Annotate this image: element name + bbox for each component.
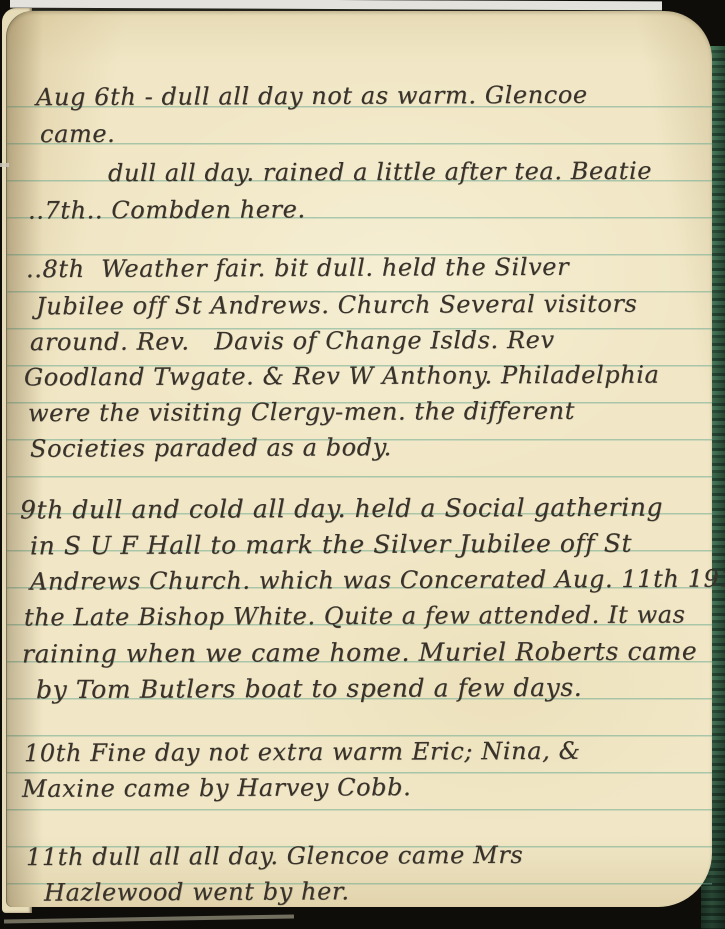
handwriting-line: around. Rev. Davis of Change Islds. Rev <box>30 326 555 357</box>
handwriting-line: ..8th Weather fair. bit dull. held the S… <box>26 253 569 284</box>
handwriting-line: in S U F Hall to mark the Silver Jubilee… <box>30 529 632 562</box>
diary-entries: Aug 6th - dull all day not as warm. Glen… <box>0 0 725 929</box>
handwriting-line: Goodland Twgate. & Rev W Anthony. Philad… <box>24 361 660 393</box>
handwriting-line: Hazlewood went by her. <box>44 877 350 907</box>
handwriting-line: Societies paraded as a body. <box>30 433 392 463</box>
handwriting-line: Jubilee off St Andrews. Church Several v… <box>36 290 638 321</box>
handwriting-line: raining when we came home. Muriel Robert… <box>22 637 697 670</box>
handwriting-line: were the visiting Clergy-men. the differ… <box>28 397 575 428</box>
handwriting-line: came. <box>40 120 115 149</box>
handwriting-line: 11th dull all all day. Glencoe came Mrs <box>26 841 523 872</box>
handwriting-line: Andrews Church. which was Concerated Aug… <box>30 564 725 596</box>
handwriting-line: dull all day. rained a little after tea.… <box>108 157 652 188</box>
handwriting-line: 9th dull and cold all day. held a Social… <box>20 493 663 526</box>
handwriting-line: the Late Bishop White. Quite a few atten… <box>24 601 686 633</box>
handwriting-line: 10th Fine day not extra warm Eric; Nina,… <box>24 737 581 768</box>
handwriting-line: Aug 6th - dull all day not as warm. Glen… <box>36 81 588 112</box>
handwriting-line: Maxine came by Harvey Cobb. <box>22 773 411 803</box>
handwriting-line: ..7th.. Combden here. <box>28 195 306 225</box>
handwriting-line: by Tom Butlers boat to spend a few days. <box>36 673 582 705</box>
notebook-photo: Aug 6th - dull all day not as warm. Glen… <box>0 0 725 929</box>
